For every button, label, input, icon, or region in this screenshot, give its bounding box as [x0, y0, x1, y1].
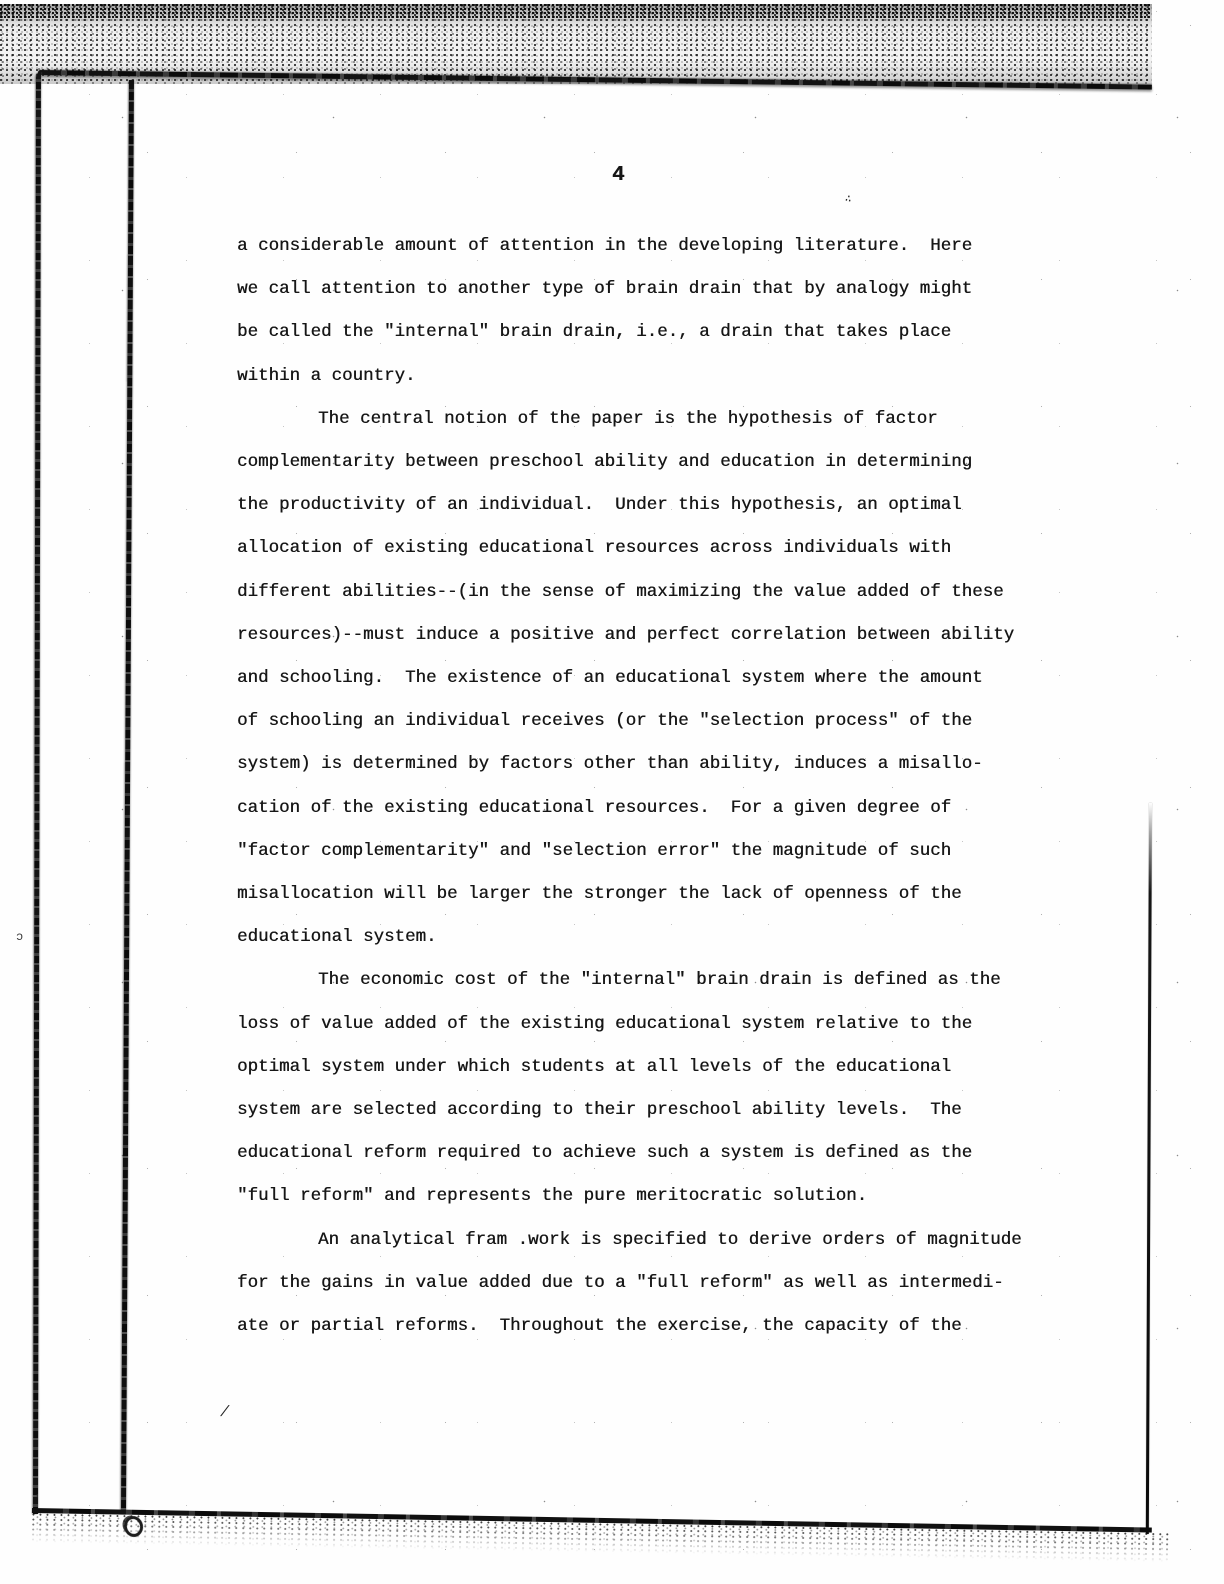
text-line: optimal system under which students at a…: [237, 1046, 1097, 1089]
text-line: for the gains in value added due to a "f…: [237, 1262, 1097, 1305]
text-line: misallocation will be larger the stronge…: [237, 873, 1097, 916]
scan-artifact-tick: ': [34, 1494, 41, 1506]
text-line: within a country.: [237, 355, 1097, 398]
text-line: and schooling. The existence of an educa…: [237, 657, 1097, 700]
text-line: resources)--must induce a positive and p…: [237, 614, 1097, 657]
paragraph-1: a considerable amount of attention in th…: [237, 225, 1097, 398]
text-line: educational reform required to achieve s…: [237, 1132, 1097, 1175]
document-body-text: a considerable amount of attention in th…: [237, 225, 1097, 1348]
text-line: of schooling an individual receives (or …: [237, 700, 1097, 743]
page-left-edge-outer: [33, 72, 41, 1514]
page-right-edge: [1146, 803, 1152, 1534]
text-line: we call attention to another type of bra…: [237, 268, 1097, 311]
text-line: be called the "internal" brain drain, i.…: [237, 311, 1097, 354]
text-line: allocation of existing educational resou…: [237, 527, 1097, 570]
text-line: loss of value added of the existing educ…: [237, 1003, 1097, 1046]
paragraph-2: The central notion of the paper is the h…: [237, 398, 1097, 960]
text-line: complementarity between preschool abilit…: [237, 441, 1097, 484]
text-line: a considerable amount of attention in th…: [237, 225, 1097, 268]
text-line: different abilities--(in the sense of ma…: [237, 571, 1097, 614]
page-number: 4: [612, 164, 625, 187]
text-line: educational system.: [237, 916, 1097, 959]
text-line: The central notion of the paper is the h…: [237, 398, 1097, 441]
text-line: system) is determined by factors other t…: [237, 743, 1097, 786]
text-line: the productivity of an individual. Under…: [237, 484, 1097, 527]
text-line: An analytical fram .work is specified to…: [237, 1219, 1097, 1262]
text-line: The economic cost of the "internal" brai…: [237, 959, 1097, 1002]
paragraph-4: An analytical fram .work is specified to…: [237, 1219, 1097, 1349]
scanner-noise-band-top-edge: [0, 4, 1152, 19]
scan-artifact-dot-cluster: ∴: [844, 191, 855, 206]
scan-artifact-slash: /: [218, 1404, 231, 1421]
text-line: ate or partial reforms. Throughout the e…: [237, 1305, 1097, 1348]
page-left-edge-inner: [121, 80, 134, 1514]
text-line: "full reform" and represents the pure me…: [237, 1175, 1097, 1218]
scanned-page: 4 a considerable amount of attention in …: [0, 0, 1224, 1584]
paragraph-3: The economic cost of the "internal" brai…: [237, 959, 1097, 1218]
text-line: cation of the existing educational resou…: [237, 787, 1097, 830]
text-line: system are selected according to their p…: [237, 1089, 1097, 1132]
scan-artifact-margin-mark: ɔ: [16, 930, 23, 944]
text-line: "factor complementarity" and "selection …: [237, 830, 1097, 873]
